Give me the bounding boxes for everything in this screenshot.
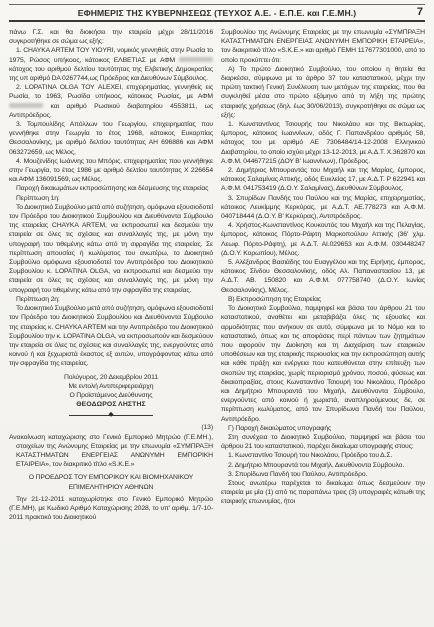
board-member-bourantas: 2. Δημήτριος Μπουραντάς του Μιχαήλ και τ… [221, 166, 425, 194]
board-member-vasiadis: 5. Αλέξανδρος Βασιάδης του Ευαγγέλου και… [221, 258, 425, 295]
intro-continuation-text: πάνω Γ.Σ. και θα διοικήσει την εταιρεία … [9, 28, 213, 46]
page-number: 7 [417, 6, 423, 18]
signoff-place-date: Πολύγυρος, 20 Δεκεμβρίου 2011 [9, 373, 213, 382]
redacted-afm-2 [9, 103, 43, 108]
continuation-company-text: Συμβουλίου της Ανώνυμης Εταιρείας με την… [221, 28, 425, 65]
board-member-4: 4. Μουζενίδης Ιωάννης του Μπόρις, επιχει… [9, 157, 213, 185]
signature-right-body: Στη συνέχεια το Διοικητικό Συμβούλιο, πα… [221, 433, 425, 451]
section-a-first-board: Α) Το πρώτο Διοικητικό Συμβούλιο, του οπ… [221, 65, 425, 120]
page-title: ΕΦΗΜΕΡΙΣ ΤΗΣ ΚΥΒΕΡΝΗΣΕΩΣ (ΤΕΥΧΟΣ Α.Ε. - … [78, 8, 357, 18]
section-c-signature-right: Γ) Παροχή δικαιώματος υπογραφής [221, 424, 425, 433]
board-member-1-text-after: κάτοχος του αριθμού δελτίου ταυτότητας τ… [9, 66, 213, 82]
board-member-koukoutos: 4. Χρήστος-Κωνσταντίνος Κουκουτός του Μι… [221, 221, 425, 258]
content-columns: πάνω Γ.Σ. και θα διοικήσει την εταιρεία … [0, 22, 434, 522]
section-number: (13) [9, 423, 213, 432]
signoff-by-order: Με εντολή Αντιπεριφερειάρχη [9, 382, 213, 391]
representation-rights-title: Παροχή δικαιωμάτων εκπροσώπησης και δέσμ… [9, 184, 213, 193]
board-member-pandis: 3. Σπυρίδων Πανδής του Παύλου και της Μα… [221, 194, 425, 222]
case-1-body: Το Διοικητικό Συμβούλιο μετά από συζήτησ… [9, 203, 213, 295]
signoff-name: ΘΕΟΔΩΡΟΣ ΛΗΣΤΗΣ [9, 400, 213, 409]
right-column: Συμβουλίου της Ανώνυμης Εταιρείας με την… [221, 28, 425, 522]
representation-body: Το Διοικητικό Συμβούλιο, παμψηφεί και βά… [221, 304, 425, 424]
gazette-page: ΕΦΗΜΕΡΙΣ ΤΗΣ ΚΥΒΕΡΝΗΣΕΩΣ (ΤΕΥΧΟΣ Α.Ε. - … [0, 0, 434, 627]
announcement-title: Ανακοίνωση καταχώρισης στο Γενικό Εμπορι… [9, 433, 213, 470]
board-member-2: 2. LOPATINA OLGA ΤΟΥ ALEXEI, επιχειρηματ… [9, 83, 213, 120]
registration-body: Την 21-12-2011 καταχωρίστηκε στο Γενικό … [9, 495, 213, 523]
redacted-afm-1 [179, 57, 213, 62]
divider-diamond-icon: ◆ [109, 411, 114, 419]
header-row: ΕΦΗΜΕΡΙΣ ΤΗΣ ΚΥΒΕΡΝΗΣΕΩΣ (ΤΕΥΧΟΣ Α.Ε. - … [8, 5, 426, 20]
section-divider: ◆ [69, 412, 153, 420]
case-1-label: Περίπτωση 1η: [9, 194, 213, 203]
binding-rule-text: Στους ανωτέρω παρέχεται το δικαίωμα όπως… [221, 479, 425, 507]
signoff-role: Ο Προϊστάμενος Διεύθυνσης [9, 391, 213, 400]
board-member-tsiouris: 1. Κωνσταντίνος Τσιουρής του Νικολάου κα… [221, 120, 425, 166]
board-member-1: 1. CHAYKA ARTEM ΤΟΥ YIOYRI, νομικός γενν… [9, 46, 213, 83]
section-b-representation: Β) Εκπροσώπηση της Εταιρείας [221, 295, 425, 304]
case-2-label: Περίπτωση 2η: [9, 295, 213, 304]
signatory-3: 3. Σπυρίδωνα Πανδή του Παύλου, Αντιπρόεδ… [221, 470, 425, 479]
page-header: ΕΦΗΜΕΡΙΣ ΤΗΣ ΚΥΒΕΡΝΗΣΕΩΣ (ΤΕΥΧΟΣ Α.Ε. - … [0, 0, 434, 22]
board-member-2-text-before: 2. LOPATINA OLGA ΤΟΥ ALEXEI, επιχειρηματ… [9, 84, 213, 100]
chamber-president-heading: Ο ΠΡΟΕΔΡΟΣ ΤΟΥ ΕΜΠΟΡΙΚΟΥ ΚΑΙ ΒΙΟΜΗΧΑΝΙΚΟ… [13, 473, 209, 491]
signatory-1: 1. Κωνσταντίνο Τσιουρή του Νικολάου, Πρό… [221, 451, 425, 460]
board-member-3: 3. Τομπουλίδης Απόλλων του Γεωργίου, επι… [9, 120, 213, 157]
left-column: πάνω Γ.Σ. και θα διοικήσει την εταιρεία … [9, 28, 213, 522]
signatory-2: 2. Δημήτριο Μπουραντά του Μιχαήλ, Διευθύ… [221, 461, 425, 470]
case-2-body: Το Διοικητικό Συμβούλιο μετά από συζήτησ… [9, 304, 213, 368]
